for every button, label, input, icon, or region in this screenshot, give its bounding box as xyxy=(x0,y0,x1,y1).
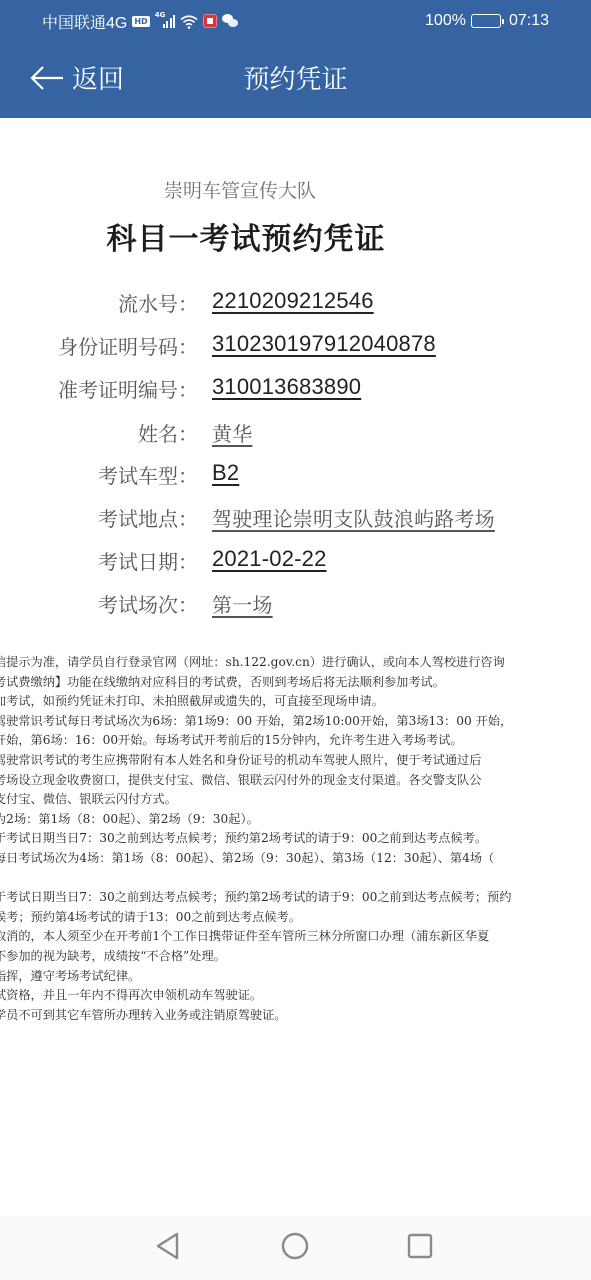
cellular-signal-icon: 4G xyxy=(155,14,176,28)
certificate-title: 科目一考试预约凭证 xyxy=(0,214,492,258)
field-label: 考试车型： xyxy=(98,460,198,489)
field-name: 姓名： 黄华 xyxy=(0,414,591,454)
notice-line: 驾驶常识考试每日考试场次为6场：第1场9：00 开始，第2场10:00开始，第3… xyxy=(0,712,591,732)
field-value: 2210209212546 xyxy=(212,288,374,314)
nav-recents-button[interactable] xyxy=(404,1232,436,1264)
square-recents-icon xyxy=(406,1232,434,1264)
field-label: 姓名： xyxy=(138,418,198,447)
exam-notice: 信提示为准，请学员自行登录官网（网址：sh.122.gov.cn）进行确认，或向… xyxy=(0,653,591,1025)
field-label: 身份证明号码： xyxy=(58,331,198,360)
field-value: 2021-02-22 xyxy=(212,546,327,572)
notice-line: 试资格，并且一年内不得再次申领机动车驾驶证。 xyxy=(0,986,591,1006)
wifi-icon xyxy=(180,14,198,28)
battery-percent: 100% xyxy=(425,12,466,30)
clock: 07:13 xyxy=(509,12,549,30)
field-exam-session: 考试场次： 第一场 xyxy=(0,585,591,625)
field-label: 考试日期： xyxy=(98,546,198,575)
hd-voice-icon: HD xyxy=(132,16,149,27)
back-label: 返回 xyxy=(72,60,124,100)
triangle-back-icon xyxy=(155,1231,181,1265)
notice-line: 取消的，本人须至少在开考前1个工作日携带证件至车管所三林分所窗口办理（浦东新区华… xyxy=(0,927,591,947)
battery-icon xyxy=(471,14,501,28)
status-left: 中国联通4G HD 4G xyxy=(42,10,240,33)
notice-line: 不参加的视为缺考，成绩按“不合格”处理。 xyxy=(0,947,591,967)
certificate-view[interactable]: 崇明车管宣传大队 科目一考试预约凭证 流水号： 2210209212546 身份… xyxy=(0,118,591,1216)
nav-home-button[interactable] xyxy=(279,1232,311,1264)
field-exam-location: 考试地点： 驾驶理论崇明支队鼓浪屿路考场 xyxy=(0,499,591,539)
field-label: 准考证明编号： xyxy=(58,374,198,403)
issuer-name: 崇明车管宣传大队 xyxy=(0,176,480,203)
notice-line: 信提示为准，请学员自行登录官网（网址：sh.122.gov.cn）进行确认，或向… xyxy=(0,653,591,673)
notice-line: 加考试，如预约凭证未打印、未拍照截屏或遗失的，可直接至现场申请。 xyxy=(0,692,591,712)
notice-line: 支付宝、微信、银联云闪付方式。 xyxy=(0,790,591,810)
field-value: 黄华 xyxy=(212,418,252,447)
notice-line: 学员不可到其它车管所办理转入业务或注销原驾驶证。 xyxy=(0,1006,591,1026)
system-navigation-bar xyxy=(0,1216,591,1280)
field-exam-date: 考试日期： 2021-02-22 xyxy=(0,542,591,582)
status-right: 100% 07:13 xyxy=(425,12,549,30)
field-admission-number: 准考证明编号： 310013683890 xyxy=(0,370,591,410)
notice-line: 考场设立现金收费窗口，提供支付宝、微信、银联云闪付外的现金支付渠道。各交警支队公 xyxy=(0,771,591,791)
app-bar: 预约凭证 返回 xyxy=(0,42,591,118)
field-value: 驾驶理论崇明支队鼓浪屿路考场 xyxy=(212,503,495,532)
notice-line xyxy=(0,869,591,889)
notice-line: 开始，第6场：16：00开始。每场考试开考前后的15分钟内，允许考生进入考场考试… xyxy=(0,731,591,751)
carrier-name: 中国联通4G xyxy=(42,10,127,33)
nav-back-button[interactable] xyxy=(152,1232,184,1264)
back-button[interactable]: 返回 xyxy=(30,60,124,100)
notice-line: 于考试日期当日7：30之前到达考点候考；预约第2场考试的请于9：00之前到达考点… xyxy=(0,829,591,849)
notice-line: 指挥，遵守考场考试纪律。 xyxy=(0,967,591,987)
wechat-notification-icon xyxy=(222,14,240,28)
field-label: 流水号： xyxy=(118,288,198,317)
field-value: 310013683890 xyxy=(212,374,361,400)
field-label: 考试场次： xyxy=(98,589,198,618)
notice-line: 为2场：第1场（8：00起）、第2场（9：30起）。 xyxy=(0,810,591,830)
notice-line: 驾驶常识考试的考生应携带附有本人姓名和身份证号的机动车驾驶人照片，便于考试通过后 xyxy=(0,751,591,771)
page-title-text: 预约凭证 xyxy=(243,65,347,95)
field-id-number: 身份证明号码： 310230197912040878 xyxy=(0,327,591,367)
status-bar: 中国联通4G HD 4G 100% 07:13 xyxy=(0,0,591,42)
field-vehicle-type: 考试车型： B2 xyxy=(0,456,591,496)
notice-line: 每日考试场次为4场：第1场（8：00起）、第2场（9：30起）、第3场（12：3… xyxy=(0,849,591,869)
field-serial-number: 流水号： 2210209212546 xyxy=(0,284,591,324)
arrow-left-icon xyxy=(30,65,64,95)
notice-line: 于考试日期当日7：30之前到达考点候考；预约第2场考试的请于9：00之前到达考点… xyxy=(0,888,591,908)
field-value: B2 xyxy=(212,460,239,486)
circle-home-icon xyxy=(280,1231,310,1265)
reader-app-notification-icon xyxy=(203,14,217,28)
field-value: 第一场 xyxy=(212,589,273,618)
notice-line: 候考；预约第4场考试的请于13：00之前到达考点候考。 xyxy=(0,908,591,928)
network-type-label: 4G xyxy=(155,11,166,19)
field-value: 310230197912040878 xyxy=(212,331,436,357)
notice-line: 考试费缴纳】功能在线缴纳对应科目的考试费，否则到考场后将无法顺利参加考试。 xyxy=(0,673,591,693)
field-label: 考试地点： xyxy=(98,503,198,532)
